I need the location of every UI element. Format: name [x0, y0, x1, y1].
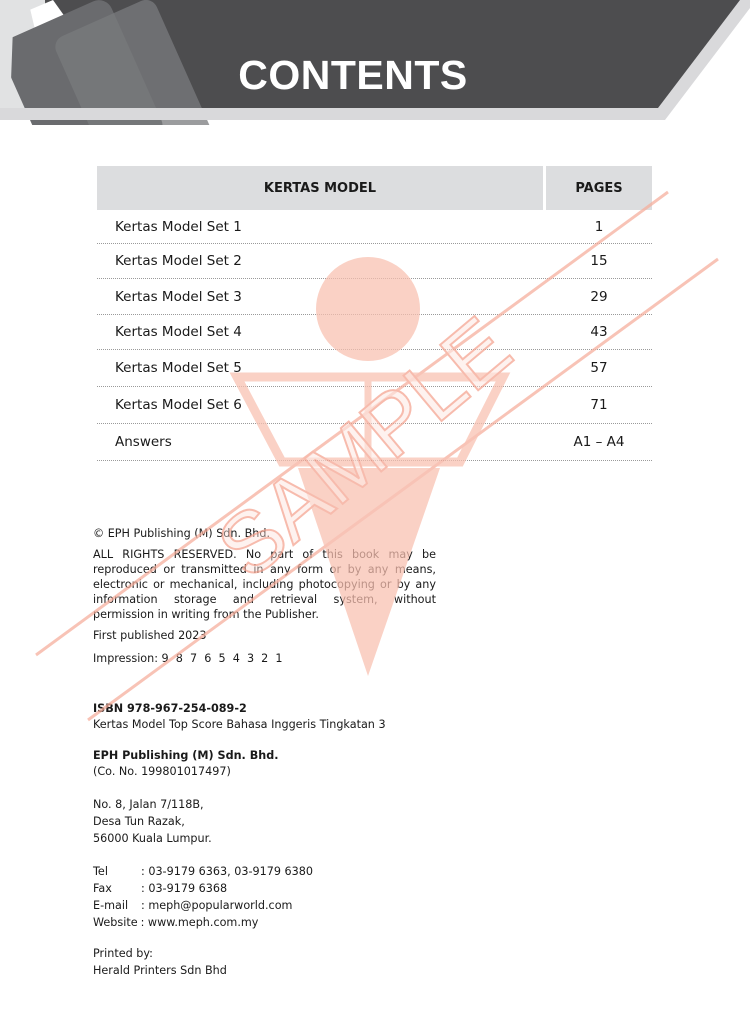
address-line: 56000 Kuala Lumpur.	[93, 831, 436, 846]
row-page: 43	[546, 324, 652, 340]
contact-value: : 03-9179 6363, 03-9179 6380	[141, 864, 313, 879]
isbn: ISBN 978-967-254-089-2	[93, 701, 436, 716]
company-number: (Co. No. 199801017497)	[93, 764, 436, 779]
row-title: Kertas Model Set 3	[97, 289, 546, 305]
contact-website: Website : www.meph.com.my	[93, 915, 436, 930]
table-row[interactable]: Kertas Model Set 2 15	[97, 244, 652, 279]
printer-name: Herald Printers Sdn Bhd	[93, 963, 436, 978]
contact-label: Website	[93, 915, 138, 930]
contact-label: E-mail	[93, 898, 141, 913]
table-row[interactable]: Kertas Model Set 4 43	[97, 315, 652, 350]
row-page: 29	[546, 289, 652, 305]
row-title: Answers	[97, 434, 546, 450]
first-published: First published 2023	[93, 628, 436, 643]
contents-table: KERTAS MODEL PAGES Kertas Model Set 1 1 …	[97, 166, 652, 461]
contents-page: CONTENTS KERTAS MODEL PAGES Kertas Model…	[0, 0, 750, 1026]
column-header-kertas-model: KERTAS MODEL	[97, 166, 543, 210]
row-page: 57	[546, 360, 652, 376]
column-header-pages: PAGES	[546, 166, 652, 210]
contact-value[interactable]: : meph@popularworld.com	[141, 898, 292, 913]
contact-value: : 03-9179 6368	[141, 881, 227, 896]
address-line: No. 8, Jalan 7/118B,	[93, 797, 436, 812]
row-page: 1	[546, 219, 652, 235]
printed-by-label: Printed by:	[93, 946, 436, 961]
imprint-block: © EPH Publishing (M) Sdn. Bhd. ALL RIGHT…	[93, 526, 436, 978]
contact-fax: Fax : 03-9179 6368	[93, 881, 436, 896]
row-title: Kertas Model Set 2	[97, 253, 546, 269]
contact-tel: Tel : 03-9179 6363, 03-9179 6380	[93, 864, 436, 879]
page-title: CONTENTS	[0, 52, 706, 99]
copyright-line: © EPH Publishing (M) Sdn. Bhd.	[93, 526, 436, 541]
table-row[interactable]: Kertas Model Set 6 71	[97, 387, 652, 424]
table-header: KERTAS MODEL PAGES	[97, 166, 652, 210]
row-page: 71	[546, 397, 652, 413]
row-title: Kertas Model Set 5	[97, 360, 546, 376]
impression-line: Impression: 9 8 7 6 5 4 3 2 1	[93, 651, 436, 666]
table-row[interactable]: Kertas Model Set 1 1	[97, 210, 652, 244]
contact-value[interactable]: : www.meph.com.my	[141, 915, 259, 930]
table-row[interactable]: Answers A1 – A4	[97, 424, 652, 461]
table-row[interactable]: Kertas Model Set 5 57	[97, 350, 652, 387]
publisher-name: EPH Publishing (M) Sdn. Bhd.	[93, 748, 436, 763]
row-title: Kertas Model Set 1	[97, 219, 546, 235]
contact-label: Fax	[93, 881, 141, 896]
row-page: 15	[546, 253, 652, 269]
contact-email: E-mail : meph@popularworld.com	[93, 898, 436, 913]
table-row[interactable]: Kertas Model Set 3 29	[97, 279, 652, 315]
rights-statement: ALL RIGHTS RESERVED. No part of this boo…	[93, 547, 436, 622]
book-title: Kertas Model Top Score Bahasa Inggeris T…	[93, 717, 436, 732]
row-title: Kertas Model Set 4	[97, 324, 546, 340]
address-line: Desa Tun Razak,	[93, 814, 436, 829]
contact-label: Tel	[93, 864, 141, 879]
row-page: A1 – A4	[546, 434, 652, 450]
row-title: Kertas Model Set 6	[97, 397, 546, 413]
